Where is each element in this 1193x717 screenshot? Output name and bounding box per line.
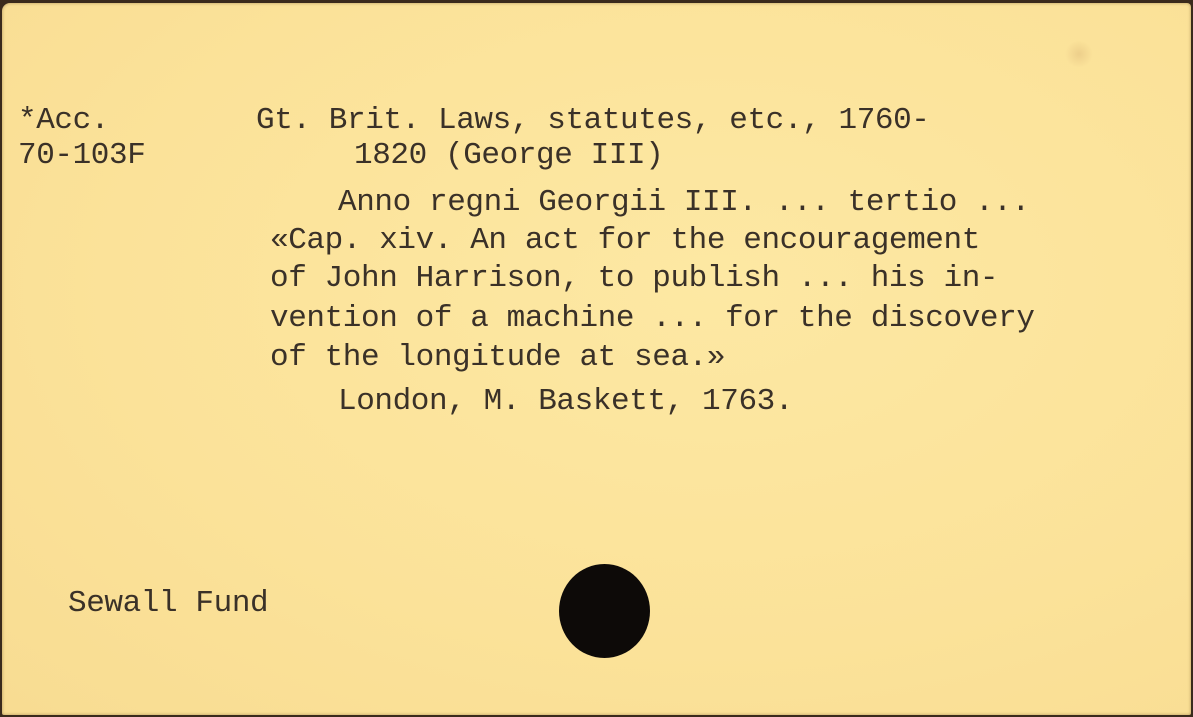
stain-mark [1064,41,1094,67]
title-line-2: «Cap. xiv. An act for the encouragement [270,224,980,258]
title-line-5: of the longitude at sea.» [270,341,725,375]
fund-note: Sewall Fund [68,587,268,621]
title-line-1: Anno regni Georgii III. ... tertio ... [338,186,1030,220]
heading-line-1: Gt. Brit. Laws, statutes, etc., 1760- [256,104,930,138]
punch-hole [559,564,650,658]
imprint: London, M. Baskett, 1763. [338,385,793,419]
title-line-3: of John Harrison, to publish ... his in- [270,262,998,296]
catalog-card: *Acc. 70-103F Gt. Brit. Laws, statutes, … [2,3,1191,715]
heading-line-2: 1820 (George III) [354,139,663,173]
call-number-line-1: *Acc. [18,104,109,138]
call-number-line-2: 70-103F [18,139,145,173]
title-line-4: vention of a machine ... for the discove… [270,302,1035,336]
